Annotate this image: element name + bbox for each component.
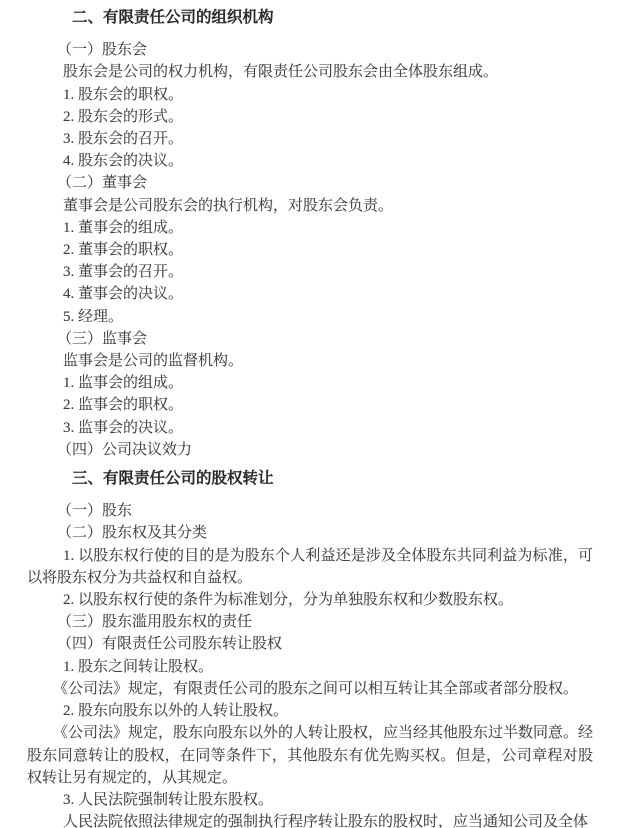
doc-line-item: 5. 经理。 bbox=[63, 306, 593, 328]
doc-line-item: 4. 董事会的决议。 bbox=[63, 283, 593, 305]
doc-line-sub: （二）董事会 bbox=[57, 172, 593, 194]
doc-line-item: 2. 股东向股东以外的人转让股权。 bbox=[63, 700, 593, 722]
section-heading: 三、有限责任公司的股权转让 bbox=[72, 468, 593, 490]
doc-line-para: 人民法院依照法律规定的强制执行程序转让股东的股权时，应当通知公司及全体 bbox=[27, 811, 593, 828]
doc-line-item: 2. 以股东权行使的条件为标准划分，分为单独股东权和少数股东权。 bbox=[63, 589, 593, 611]
doc-line-quote: 《公司法》规定，有限责任公司的股东之间可以相互转让其全部或者部分股权。 bbox=[27, 678, 593, 700]
doc-line-plain: 股东会是公司的权力机构，有限责任公司股东会由全体股东组成。 bbox=[63, 61, 593, 83]
doc-line-item: 2. 监事会的职权。 bbox=[63, 394, 593, 416]
doc-line-item: 3. 董事会的召开。 bbox=[63, 261, 593, 283]
section-heading: 二、有限责任公司的组织机构 bbox=[72, 7, 593, 29]
doc-line-item: 1. 股东之间转让股权。 bbox=[63, 656, 593, 678]
doc-line-quote: 《公司法》规定，股东向股东以外的人转让股权，应当经其他股东过半数同意。经股东同意… bbox=[27, 722, 593, 789]
section-equity-transfer: 三、有限责任公司的股权转让 （一）股东（二）股东权及其分类1. 以股东权行使的目… bbox=[27, 468, 593, 828]
doc-line-item: 1. 董事会的组成。 bbox=[63, 217, 593, 239]
doc-line-item: 1. 股东会的职权。 bbox=[63, 84, 593, 106]
doc-line-sub: （二）股东权及其分类 bbox=[57, 522, 593, 544]
doc-line-sub: （三）监事会 bbox=[57, 328, 593, 350]
doc-line-item: 3. 股东会的召开。 bbox=[63, 128, 593, 150]
doc-line-sub: （四）有限责任公司股东转让股权 bbox=[57, 633, 593, 655]
doc-line-item: 3. 监事会的决议。 bbox=[63, 417, 593, 439]
doc-line-item: 4. 股东会的决议。 bbox=[63, 150, 593, 172]
section-company-organization: 二、有限责任公司的组织机构 （一）股东会股东会是公司的权力机构，有限责任公司股东… bbox=[27, 7, 593, 461]
doc-line-item: 1. 监事会的组成。 bbox=[63, 372, 593, 394]
doc-line-plain: 监事会是公司的监督机构。 bbox=[63, 350, 593, 372]
doc-line-item: 3. 人民法院强制转让股东股权。 bbox=[63, 789, 593, 811]
doc-line-sub: （一）股东 bbox=[57, 500, 593, 522]
doc-line-sub: （四）公司决议效力 bbox=[57, 439, 593, 461]
doc-line-item: 2. 董事会的职权。 bbox=[63, 239, 593, 261]
doc-line-item: 2. 股东会的形式。 bbox=[63, 106, 593, 128]
document-page: 二、有限责任公司的组织机构 （一）股东会股东会是公司的权力机构，有限责任公司股东… bbox=[0, 7, 620, 828]
doc-line-para: 1. 以股东权行使的目的是为股东个人利益还是涉及全体股东共同利益为标准，可以将股… bbox=[27, 545, 593, 589]
doc-line-sub: （三）股东滥用股东权的责任 bbox=[57, 611, 593, 633]
section-body: （一）股东会股东会是公司的权力机构，有限责任公司股东会由全体股东组成。1. 股东… bbox=[27, 39, 593, 461]
doc-line-plain: 董事会是公司股东会的执行机构，对股东会负责。 bbox=[63, 195, 593, 217]
doc-line-sub: （一）股东会 bbox=[57, 39, 593, 61]
section-body: （一）股东（二）股东权及其分类1. 以股东权行使的目的是为股东个人利益还是涉及全… bbox=[27, 500, 593, 828]
